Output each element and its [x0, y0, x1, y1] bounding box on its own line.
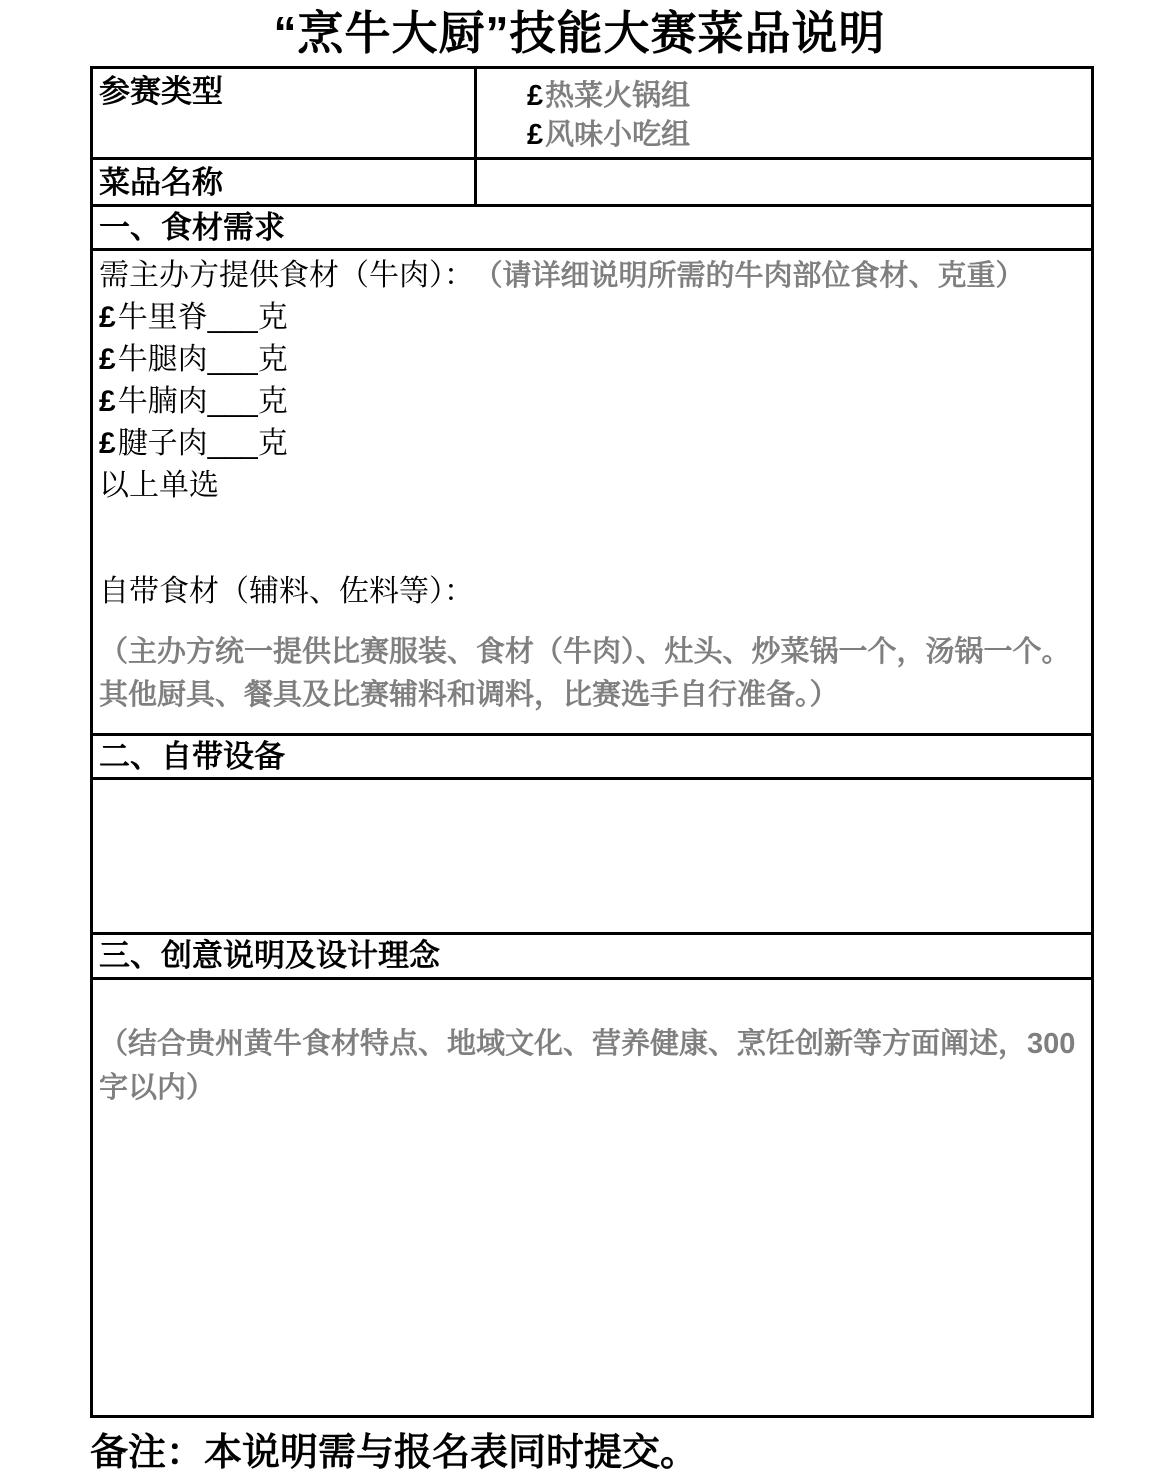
- checkbox-icon[interactable]: £: [99, 301, 116, 334]
- section1-header: 一、食材需求: [92, 206, 1093, 250]
- section3-content-input[interactable]: （结合贵州黄牛食材特点、地域文化、营养健康、烹饪创新等方面阐述，300字以内）: [92, 979, 1093, 1417]
- section3-header-row: 三、创意说明及设计理念: [92, 934, 1093, 979]
- footer-note: 备注：本说明需与报名表同时提交。: [90, 1428, 1159, 1478]
- option-label: 热菜火锅组: [545, 80, 690, 112]
- checkbox-icon[interactable]: £: [99, 427, 116, 460]
- section1-header-row: 一、食材需求: [92, 206, 1093, 250]
- ingredient-option-shank: £腱子肉___克: [99, 423, 1085, 465]
- creative-hint: （结合贵州黄牛食材特点、地域文化、营养健康、烹饪创新等方面阐述，300字以内）: [99, 1022, 1085, 1110]
- organizer-note: （主办方统一提供比赛服装、食材（牛肉）、灶头、炒菜锅一个，汤锅一个。其他厨具、餐…: [99, 631, 1085, 717]
- dish-name-label: 菜品名称: [92, 159, 476, 206]
- checkbox-icon[interactable]: £: [99, 343, 116, 376]
- page-title: “烹牛大厨”技能大赛菜品说明: [0, 0, 1159, 66]
- provided-ingredients-hint: （请详细说明所需的牛肉部位食材、克重）: [488, 260, 1025, 292]
- self-brought-label: 自带食材（辅料、佐料等）：: [99, 571, 1085, 613]
- section2-content-row: [92, 779, 1093, 934]
- section2-content-input[interactable]: [92, 779, 1093, 934]
- single-choice-note: 以上单选: [99, 465, 1085, 507]
- ingredient-text: 牛腿肉___克: [118, 343, 288, 376]
- ingredient-text: 腱子肉___克: [118, 427, 288, 460]
- checkbox-icon[interactable]: £: [99, 385, 116, 418]
- checkbox-icon[interactable]: £: [527, 80, 543, 112]
- section3-header: 三、创意说明及设计理念: [92, 934, 1093, 979]
- dish-name-row: 菜品名称: [92, 159, 1093, 206]
- ingredient-option-leg: £牛腿肉___克: [99, 339, 1085, 381]
- checkbox-icon[interactable]: £: [527, 119, 543, 151]
- ingredient-text: 牛腩肉___克: [118, 385, 288, 418]
- entry-type-row: 参赛类型 £热菜火锅组 £风味小吃组: [92, 68, 1093, 159]
- section2-header: 二、自带设备: [92, 735, 1093, 779]
- section3-content-row: （结合贵州黄牛食材特点、地域文化、营养健康、烹饪创新等方面阐述，300字以内）: [92, 979, 1093, 1417]
- section2-header-row: 二、自带设备: [92, 735, 1093, 779]
- ingredient-option-tenderloin: £牛里脊___克: [99, 297, 1085, 339]
- section1-content-cell: 需主办方提供食材（牛肉）：（请详细说明所需的牛肉部位食材、克重） £牛里脊___…: [92, 250, 1093, 735]
- option-flavor-snack: £风味小吃组: [527, 116, 1085, 155]
- document-page: “烹牛大厨”技能大赛菜品说明 参赛类型 £热菜火锅组 £风味小吃组 菜品名称 一…: [0, 0, 1159, 1480]
- section1-content-row: 需主办方提供食材（牛肉）：（请详细说明所需的牛肉部位食材、克重） £牛里脊___…: [92, 250, 1093, 735]
- entry-type-label: 参赛类型: [92, 68, 476, 159]
- provided-ingredients-label: 需主办方提供食材（牛肉）：: [99, 259, 474, 292]
- dish-name-input[interactable]: [476, 159, 1093, 206]
- option-label: 风味小吃组: [545, 119, 690, 151]
- ingredient-text: 牛里脊___克: [118, 301, 288, 334]
- form-table: 参赛类型 £热菜火锅组 £风味小吃组 菜品名称 一、食材需求 需主办方提供: [90, 66, 1094, 1418]
- entry-type-options-cell: £热菜火锅组 £风味小吃组: [476, 68, 1093, 159]
- ingredient-option-brisket: £牛腩肉___克: [99, 381, 1085, 423]
- provided-ingredients-line: 需主办方提供食材（牛肉）：（请详细说明所需的牛肉部位食材、克重）: [99, 255, 1085, 297]
- option-hot-dish-hotpot: £热菜火锅组: [527, 77, 1085, 116]
